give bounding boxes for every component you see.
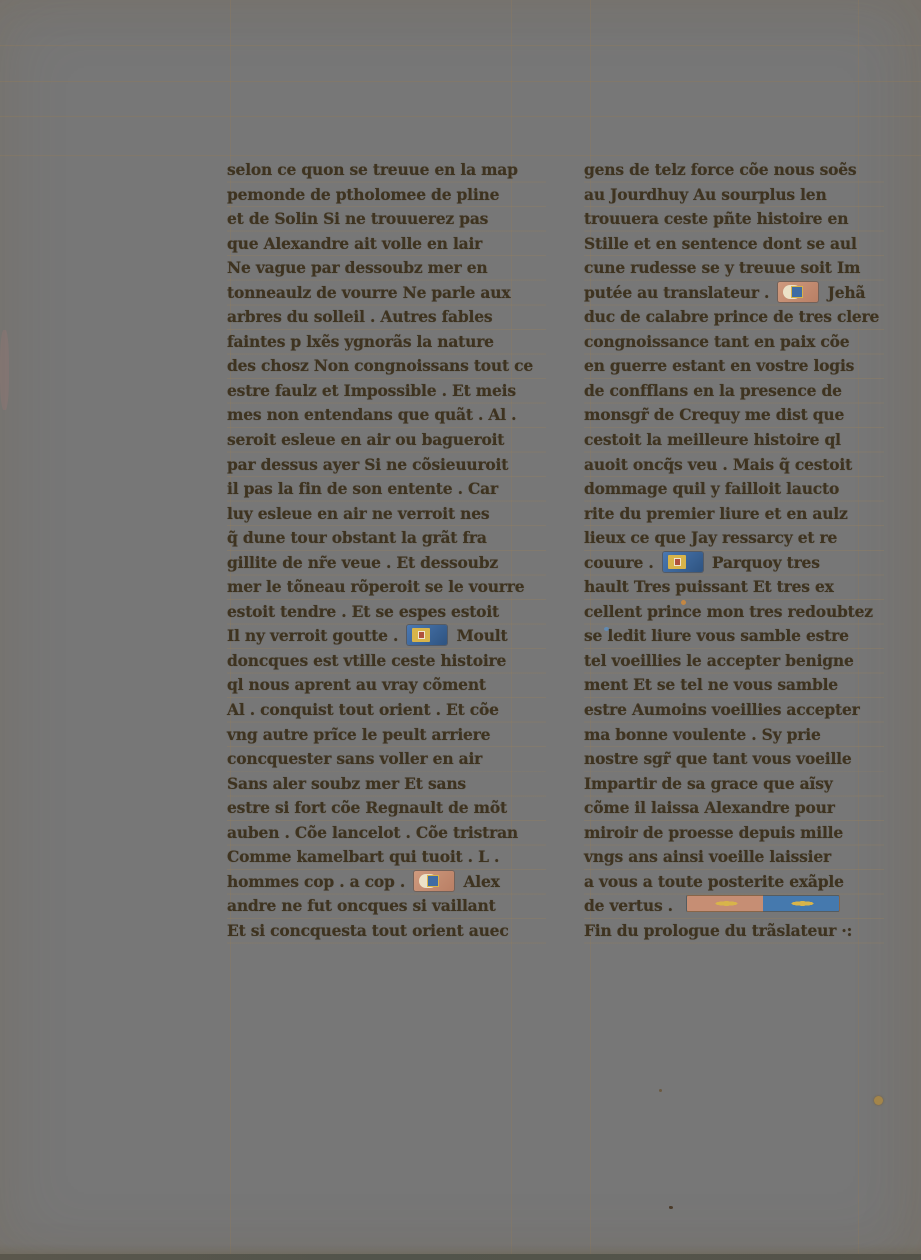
margin-bleed-smudge [0,330,9,410]
manuscript-text-line: estre si fort cõe Regnault de mõt [227,796,546,821]
manuscript-text-line: luy esleue en air ne verroit nes [227,502,546,527]
manuscript-text-line: tonneaulz de vourre Ne parle aux [227,281,546,306]
manuscript-text-line: duc de calabre prince de tres clere [584,305,884,330]
manuscript-text-line: ma bonne voulente . Sy prie [584,723,884,748]
manuscript-text-line: gens de telz force cõe nous soẽs [584,158,884,183]
manuscript-text-line: estoit tendre . Et se espes estoit [227,600,546,625]
manuscript-text-line: Et si concquesta tout orient auec [227,919,546,944]
manuscript-text-line: que Alexandre ait volle en lair [227,232,546,257]
manuscript-text-line: congnoissance tant en paix cõe [584,330,884,355]
manuscript-text-line: mes non entendans que quãt . Al . [227,403,546,428]
manuscript-text-line: de vertus . [584,894,884,919]
manuscript-text-line: arbres du solleil . Autres fables [227,305,546,330]
manuscript-text-line: Stille et en sentence dont se aul [584,232,884,257]
manuscript-text-line: tel voeillies le accepter benigne [584,649,884,674]
ruling-horizontal-2 [0,81,921,82]
manuscript-text-line: Comme kamelbart qui tuoit . L . [227,845,546,870]
ruling-horizontal-1 [0,45,921,46]
manuscript-text-line: des chosz Non congnoissans tout ce [227,354,546,379]
manuscript-text-line: estre Aumoins voeillies accepter [584,698,884,723]
manuscript-text-line: selon ce quon se treuue en la map [227,158,546,183]
manuscript-text-line: faintes p lxẽs ygnorãs la nature [227,330,546,355]
manuscript-text-line: a vous a toute posterite exãple [584,870,884,895]
manuscript-text-line: doncques est vtille ceste histoire [227,649,546,674]
manuscript-text-line: il pas la fin de son entente . Car [227,477,546,502]
manuscript-text-line: cune rudesse se y treuue soit Im [584,256,884,281]
paraph-mark-pink-gold-icon [414,871,454,891]
manuscript-text-line: pemonde de ptholomee de pline [227,183,546,208]
manuscript-text-line: cestoit la meilleure histoire ql [584,428,884,453]
paraph-mark-pink-gold-icon [778,282,818,302]
manuscript-text-line: par dessus ayer Si ne cõsieuuroit [227,453,546,478]
manuscript-text-line: vngs ans ainsi voeille laissier [584,845,884,870]
ruling-horizontal-3 [0,116,921,117]
paraph-mark-blue-gold-icon [663,552,703,572]
manuscript-text-line: ment Et se tel ne vous samble [584,673,884,698]
manuscript-text-line: cellent prince mon tres redoubtez [584,600,884,625]
manuscript-text-line: au Jourdhuy Au sourplus len [584,183,884,208]
manuscript-text-line: nostre sgr̃ que tant vous voeille [584,747,884,772]
manuscript-text-line: auben . Cõe lancelot . Cõe tristran [227,821,546,846]
manuscript-text-line: Ne vague par dessoubz mer en [227,256,546,281]
manuscript-text-line: dommage quil y failloit laucto [584,477,884,502]
manuscript-text-line: q̃ dune tour obstant la grãt fra [227,526,546,551]
manuscript-text-line: concquester sans voller en air [227,747,546,772]
line-filler-bar-icon [686,895,840,912]
manuscript-text-line: lieux ce que Jay ressarcy et re [584,526,884,551]
ink-speck [659,1089,662,1092]
paraph-mark-blue-gold-icon [407,625,447,645]
text-column-left: selon ce quon se treuue en la mappemonde… [227,158,546,944]
manuscript-text-line: trouuera ceste pñte histoire en [584,207,884,232]
manuscript-text-line: monsgr̃ de Crequy me dist que [584,403,884,428]
manuscript-text-line: couure . Parquoy tres [584,551,884,576]
manuscript-text-line: et de Solin Si ne trouuerez pas [227,207,546,232]
manuscript-text-line: auoit oncq̃s veu . Mais q̃ cestoit [584,453,884,478]
manuscript-text-line: ql nous aprent au vray cõment [227,673,546,698]
pigment-dot-blue [604,627,609,631]
manuscript-text-line: estre faulz et Impossible . Et meis [227,379,546,404]
manuscript-text-line: Il ny verroit goutte . Moult [227,624,546,649]
manuscript-text-line: de confflans en la presence de [584,379,884,404]
manuscript-text-line: miroir de proesse depuis mille [584,821,884,846]
manuscript-text-line: andre ne fut oncques si vaillant [227,894,546,919]
manuscript-text-line: hommes cop . a cop . Alex [227,870,546,895]
manuscript-text-line: cõme il laissa Alexandre pour [584,796,884,821]
manuscript-text-line: putée au translateur . Jehã [584,281,884,306]
manuscript-text-line: gillite de nr̃e veue . Et dessoubz [227,551,546,576]
ruling-horizontal-4 [0,155,921,156]
manuscript-text-line: mer le tõneau rõperoit se le vourre [227,575,546,600]
manuscript-text-line: hault Tres puissant Et tres ex [584,575,884,600]
manuscript-text-line: vng autre prĩce le peult arriere [227,723,546,748]
manuscript-text-line: Impartir de sa grace que aĩsy [584,772,884,797]
manuscript-text-line: Sans aler soubz mer Et sans [227,772,546,797]
page-bottom-edge [0,1254,921,1260]
manuscript-page: selon ce quon se treuue en la mappemonde… [0,0,921,1260]
pigment-dot-orange [681,600,686,605]
manuscript-text-line: Fin du prologue du trãslateur ·: [584,919,884,944]
manuscript-text-line: rite du premier liure et en aulz [584,502,884,527]
wormhole-stain [874,1096,883,1105]
text-column-right: gens de telz force cõe nous soẽsau Jourd… [584,158,884,944]
manuscript-text-line: en guerre estant en vostre logis [584,354,884,379]
page-edge-shadow [0,1244,921,1254]
manuscript-text-line: seroit esleue en air ou bagueroit [227,428,546,453]
manuscript-text-line: Al . conquist tout orient . Et cõe [227,698,546,723]
ink-speck [669,1206,673,1209]
manuscript-text-line: se ledit liure vous samble estre [584,624,884,649]
